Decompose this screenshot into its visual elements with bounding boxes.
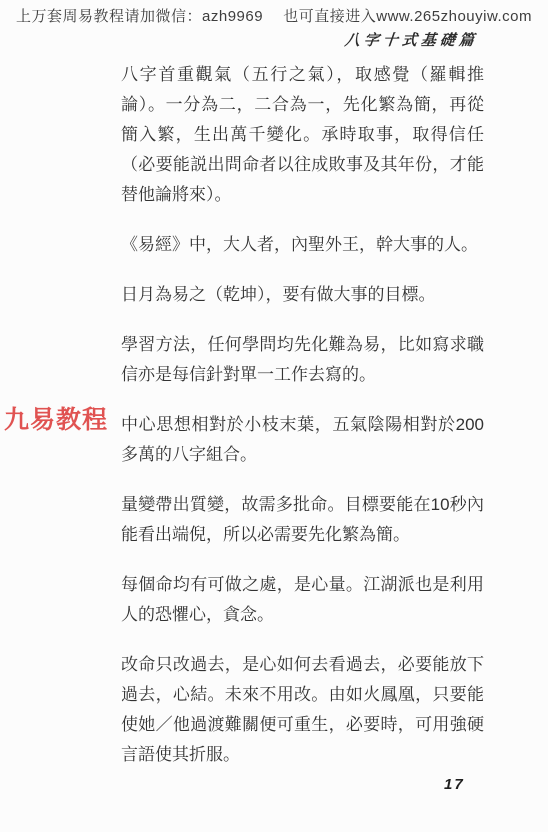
watermark-logo: 九易教程 <box>4 400 108 436</box>
paragraph: 量變帶出質變，故需多批命。目標要能在10秒內能看出端倪，所以必需要先化繁為簡。 <box>121 490 484 550</box>
paragraph: 《易經》中，大人者，內聖外王，幹大事的人。 <box>121 230 484 260</box>
header-promo-text: 上万套周易教程请加微信：azh9969 也可直接进入www.265zhouyiw… <box>0 5 548 26</box>
paragraph: 學習方法，任何學問均先化難為易，比如寫求職信亦是每信針對單一工作去寫的。 <box>121 330 484 390</box>
page-number: 17 <box>444 776 465 793</box>
scanned-book-page: 上万套周易教程请加微信：azh9969 也可直接进入www.265zhouyiw… <box>0 0 548 832</box>
paragraph: 中心思想相對於小枝末葉，五氣陰陽相對於200多萬的八字組合。 <box>121 410 484 470</box>
paragraph: 日月為易之（乾坤），要有做大事的目標。 <box>121 280 484 310</box>
paragraph: 八字首重觀氣（五行之氣），取感覺（羅輯推論）。一分為二，二合為一，先化繁為簡，再… <box>121 60 484 210</box>
book-chapter-title: 八字十式基礎篇 <box>344 29 479 50</box>
paragraph: 每個命均有可做之處，是心量。江湖派也是利用人的恐懼心，貪念。 <box>121 570 484 630</box>
body-text-block: 八字首重觀氣（五行之氣），取感覺（羅輯推論）。一分為二，二合為一，先化繁為簡，再… <box>121 60 484 790</box>
paragraph: 改命只改過去，是心如何去看過去，必要能放下過去，心結。未來不用改。由如火鳳凰，只… <box>121 650 484 770</box>
